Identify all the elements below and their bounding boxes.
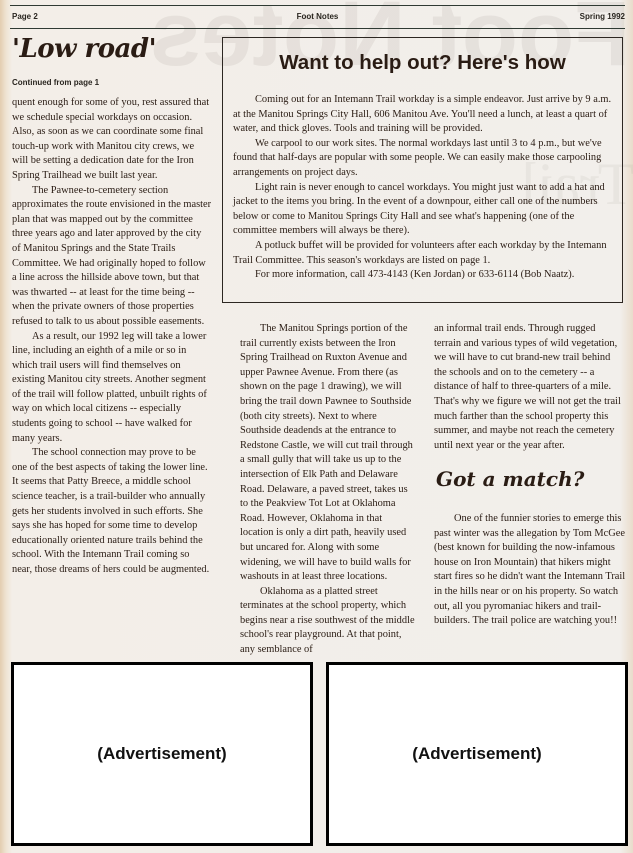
article-paragraph: One of the funnier stories to emerge thi… [434, 512, 626, 629]
article-title-low-road: 'Low road' [12, 34, 156, 64]
article-paragraph: The school connection may prove to be on… [12, 446, 212, 577]
newsletter-page: Foot Notes Trail Page 2 Foot Notes Sprin… [0, 0, 633, 853]
issue-date: Spring 1992 [580, 12, 625, 21]
box-paragraph: Coming out for an Intemann Trail workday… [233, 93, 618, 137]
article-paragraph: The Manitou Springs portion of the trail… [240, 322, 418, 585]
continued-from-label: Continued from page 1 [12, 78, 99, 87]
article-column-left: quent enough for some of you, rest assur… [12, 96, 212, 578]
advertisement-left: (Advertisement) [11, 662, 313, 846]
running-header: Page 2 Foot Notes Spring 1992 [10, 10, 625, 24]
box-title: Want to help out? Here's how [223, 51, 622, 75]
article-paragraph: quent enough for some of you, rest assur… [12, 96, 212, 184]
box-paragraph: A potluck buffet will be provided for vo… [233, 239, 618, 268]
article-title-got-a-match: Got a match? [436, 467, 584, 491]
box-paragraph: Light rain is never enough to cancel wor… [233, 181, 618, 239]
box-body: Coming out for an Intemann Trail workday… [233, 93, 618, 283]
article-paragraph: Oklahoma as a platted street terminates … [240, 585, 418, 658]
advertisement-right: (Advertisement) [326, 662, 628, 846]
article-paragraph: As a result, our 1992 leg will take a lo… [12, 330, 212, 447]
advertisement-label: (Advertisement) [412, 744, 541, 764]
advertisement-label: (Advertisement) [97, 744, 226, 764]
article-column-middle: The Manitou Springs portion of the trail… [240, 322, 418, 658]
box-paragraph: We carpool to our work sites. The normal… [233, 137, 618, 181]
article-column-right: an informal trail ends. Through rugged t… [434, 322, 624, 453]
article-column-got-a-match: One of the funnier stories to emerge thi… [434, 512, 626, 629]
publication-name: Foot Notes [10, 12, 625, 21]
header-bottom-rule [10, 28, 625, 29]
header-top-rule [10, 5, 625, 6]
box-paragraph-contact: For more information, call 473-4143 (Ken… [233, 268, 618, 283]
article-paragraph: an informal trail ends. Through rugged t… [434, 322, 624, 453]
sidebar-box-help-out: Want to help out? Here's how Coming out … [222, 37, 623, 303]
article-paragraph: The Pawnee-to-cemetery section approxima… [12, 184, 212, 330]
